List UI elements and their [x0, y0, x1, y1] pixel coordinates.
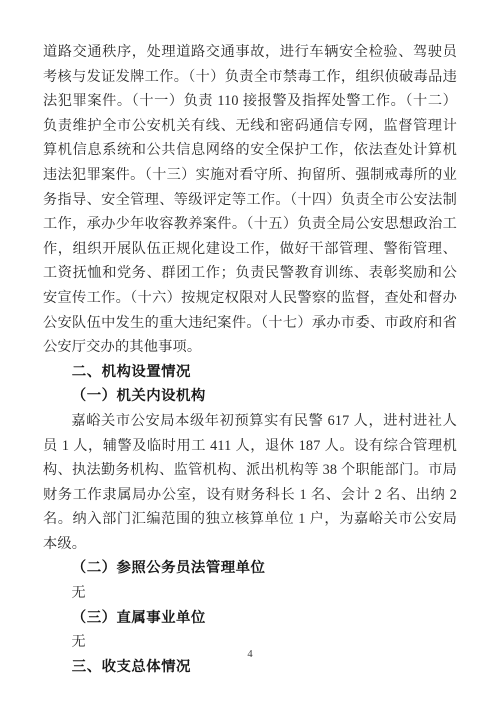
document-content: 道路交通秩序，处理道路交通事故，进行车辆安全检验、驾驶员考核与发证发牌工作。（十…	[43, 40, 457, 679]
paragraph-organization-details: 嘉峪关市公安局本级年初预算实有民警 617 人，进村进社人员 1 人，辅警及临时…	[43, 409, 457, 557]
paragraph-police-duties-continuation: 道路交通秩序，处理道路交通事故，进行车辆安全检验、驾驶员考核与发证发牌工作。（十…	[43, 40, 457, 360]
subsection-heading-civil-service-managed-units: （二）参照公务员法管理单位	[43, 556, 457, 581]
section-heading-organization-setup: 二、机构设置情况	[43, 360, 457, 385]
value-none-civil-service: 无	[43, 581, 457, 606]
document-page: 道路交通秩序，处理道路交通事故，进行车辆安全检验、驾驶员考核与发证发牌工作。（十…	[0, 0, 500, 707]
subsection-heading-directly-affiliated-institutions: （三）直属事业单位	[43, 606, 457, 631]
subsection-heading-internal-organs: （一）机关内设机构	[43, 384, 457, 409]
page-number: 4	[0, 649, 500, 660]
